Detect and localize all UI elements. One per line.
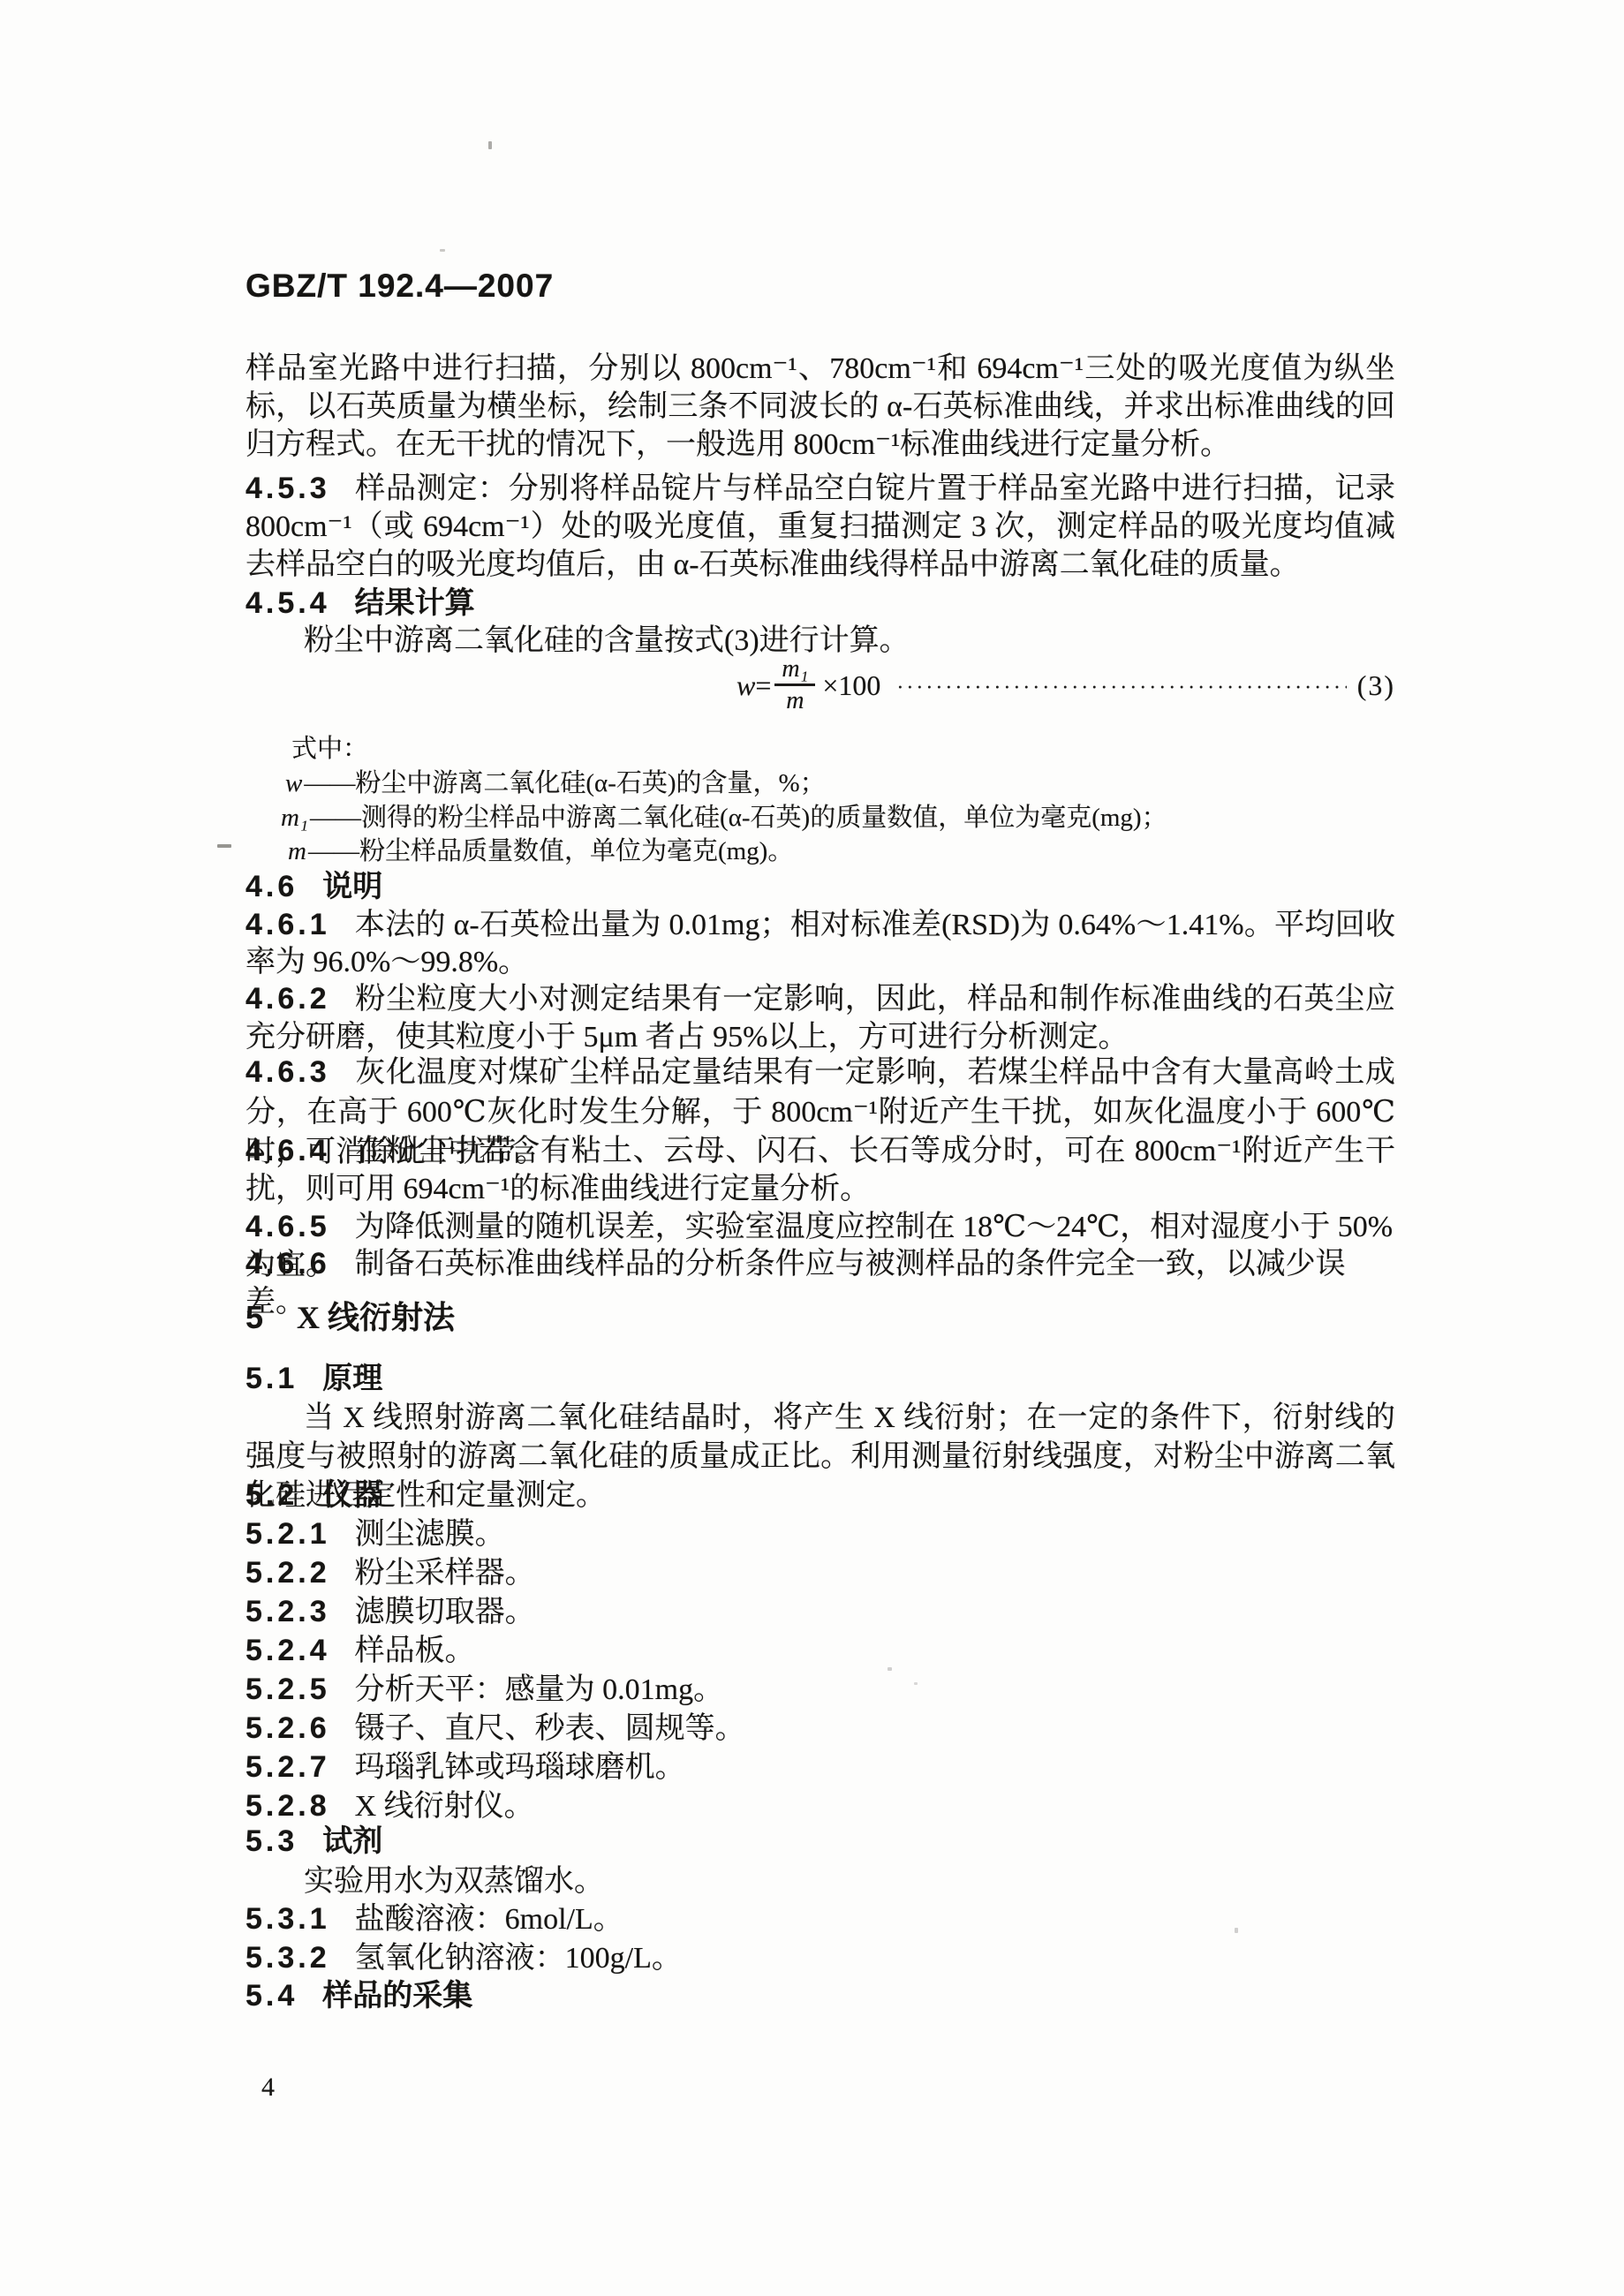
- heading-number: 5.4: [245, 1979, 298, 2013]
- formula-expression: w=m₁m×100: [736, 656, 880, 714]
- clause-text: 滤膜切取器。: [355, 1596, 535, 1628]
- scan-speck: [888, 1667, 892, 1671]
- where-var-m1: m₁: [281, 804, 308, 832]
- clause-5-2-3: 5.2.3滤膜切取器。: [245, 1593, 1395, 1631]
- clause-text: 氢氧化钠溶液：100g/L。: [355, 1942, 682, 1975]
- scan-speck: [217, 844, 231, 848]
- clause-text: 在粉尘中若含有粘土、云母、闪石、长石等成分时，可在 800cm⁻¹附近产生干扰，…: [245, 1135, 1395, 1205]
- where-def-m: m——粉尘样品质量数值，单位为毫克(mg)。: [288, 835, 793, 867]
- clause-text: 盐酸溶液：6mol/L。: [355, 1903, 623, 1936]
- clause-4-6-1: 4.6.1本法的 α-石英检出量为 0.01mg；相对标准差(RSD)为 0.6…: [245, 906, 1395, 981]
- heading-5-3: 5.3试剂: [245, 1823, 1395, 1861]
- clause-5-3-2: 5.3.2氢氧化钠溶液：100g/L。: [245, 1939, 1395, 1977]
- chapter-5-heading: 5X 线衍射法: [245, 1298, 1395, 1337]
- clause-text: 样品测定：分别将样品锭片与样品空白锭片置于样品室光路中进行扫描，记录 800cm…: [245, 472, 1395, 581]
- clause-number: 4.5.3: [245, 472, 330, 505]
- clause-text: 分析天平：感量为 0.01mg。: [355, 1673, 723, 1706]
- heading-title: 结果计算: [355, 587, 475, 620]
- heading-5-1: 5.1原理: [245, 1360, 1395, 1398]
- heading-number: 5.3: [245, 1824, 298, 1858]
- heading-number: 4.5.4: [245, 586, 330, 620]
- clause-number: 5.2.7: [245, 1750, 330, 1784]
- clause-5-2-2: 5.2.2粉尘采样器。: [245, 1554, 1395, 1592]
- clause-5-3-1: 5.3.1盐酸溶液：6mol/L。: [245, 1900, 1395, 1938]
- formula-3: w=m₁m×100 ······························…: [245, 649, 1395, 721]
- where-def-w: w——粉尘中游离二氧化硅(α-石英)的含量，%；: [285, 767, 826, 799]
- clause-number: 5.3.1: [245, 1902, 330, 1936]
- where-text-m: ——粉尘样品质量数值，单位为毫克(mg)。: [308, 837, 793, 865]
- heading-title: 说明: [322, 871, 382, 903]
- clause-number: 4.6.5: [245, 1210, 330, 1243]
- formula-dot-leader: ········································…: [896, 676, 1346, 700]
- where-label: 式中：: [291, 733, 368, 765]
- clause-text: 本法的 α-石英检出量为 0.01mg；相对标准差(RSD)为 0.64%～1.…: [245, 909, 1395, 978]
- clause-number: 4.6.4: [245, 1134, 330, 1167]
- heading-5-4: 5.4样品的采集: [245, 1977, 1395, 2015]
- page-number: 4: [261, 2073, 275, 2103]
- where-text-m1: ——测得的粉尘样品中游离二氧化硅(α-石英)的质量数值，单位为毫克(mg)；: [310, 804, 1167, 832]
- chapter-number: 5: [245, 1299, 267, 1335]
- clause-5-2-1: 5.2.1测尘滤膜。: [245, 1515, 1395, 1553]
- clause-5-2-7: 5.2.7玛瑙乳钵或玛瑙球磨机。: [245, 1748, 1395, 1786]
- heading-4-6: 4.6说明: [245, 868, 1395, 906]
- formula-times-100: ×100: [822, 669, 880, 702]
- formula-equals: =: [755, 669, 771, 702]
- scan-speck: [1235, 1928, 1238, 1933]
- clause-4-6-2: 4.6.2粉尘粒度大小对测定结果有一定影响，因此，样品和制作标准曲线的石英尘应充…: [245, 980, 1395, 1056]
- clause-text: X 线衍射仪。: [355, 1790, 534, 1823]
- heading-title: 样品的采集: [322, 1980, 472, 2013]
- heading-number: 5.1: [245, 1362, 298, 1395]
- clause-text: 玛瑙乳钵或玛瑙球磨机。: [355, 1751, 685, 1784]
- heading-number: 5.2: [245, 1478, 298, 1512]
- heading-number: 4.6: [245, 870, 298, 903]
- clause-text: 镊子、直尺、秒表、圆规等。: [355, 1712, 745, 1745]
- clause-5-2-8: 5.2.8X 线衍射仪。: [245, 1787, 1395, 1825]
- heading-4-5-4: 4.5.4结果计算: [245, 585, 1395, 623]
- formula-denominator: m: [786, 686, 804, 714]
- clause-number: 4.6.2: [245, 982, 330, 1016]
- clause-number: 5.2.8: [245, 1789, 330, 1823]
- clause-number: 4.6.6: [245, 1247, 330, 1280]
- formula-fraction: m₁m: [774, 656, 815, 714]
- formula-numerator: m₁: [774, 656, 815, 686]
- where-var-w: w: [285, 769, 302, 797]
- scan-speck: [488, 141, 492, 149]
- chapter-title: X 线衍射法: [297, 1300, 455, 1335]
- clause-number: 5.2.3: [245, 1595, 330, 1628]
- standard-number-header: GBZ/T 192.4—2007: [245, 268, 554, 305]
- paragraph-continued: 样品室光路中进行扫描，分别以 800cm⁻¹、780cm⁻¹和 694cm⁻¹三…: [245, 350, 1395, 464]
- heading-title: 仪器: [322, 1479, 382, 1512]
- clause-number: 5.2.1: [245, 1517, 330, 1551]
- clause-text: 测尘滤膜。: [355, 1518, 505, 1551]
- clause-text: 样品板。: [355, 1635, 475, 1667]
- scan-speck: [440, 249, 445, 252]
- clause-text: 粉尘采样器。: [355, 1557, 535, 1590]
- clause-5-2-4: 5.2.4样品板。: [245, 1632, 1395, 1670]
- where-def-m1: m₁——测得的粉尘样品中游离二氧化硅(α-石英)的质量数值，单位为毫克(mg)；: [281, 802, 1167, 834]
- clause-5-2-6: 5.2.6镊子、直尺、秒表、圆规等。: [245, 1710, 1395, 1748]
- paragraph-5-3: 实验用水为双蒸馏水。: [245, 1862, 1395, 1900]
- document-page: GBZ/T 192.4—2007 样品室光路中进行扫描，分别以 800cm⁻¹、…: [0, 0, 1624, 2296]
- formula-lhs: w: [736, 669, 755, 702]
- clause-number: 5.2.4: [245, 1634, 330, 1667]
- clause-4-5-3: 4.5.3样品测定：分别将样品锭片与样品空白锭片置于样品室光路中进行扫描，记录 …: [245, 470, 1395, 584]
- clause-number: 5.2.2: [245, 1556, 330, 1590]
- clause-number: 4.6.1: [245, 908, 330, 941]
- where-var-m: m: [288, 837, 306, 865]
- clause-4-6-4: 4.6.4在粉尘中若含有粘土、云母、闪石、长石等成分时，可在 800cm⁻¹附近…: [245, 1132, 1395, 1208]
- clause-number: 4.6.3: [245, 1055, 330, 1089]
- where-text-w: ——粉尘中游离二氧化硅(α-石英)的含量，%；: [304, 769, 825, 797]
- heading-title: 原理: [322, 1363, 382, 1395]
- clause-number: 5.3.2: [245, 1941, 330, 1975]
- clause-text: 粉尘粒度大小对测定结果有一定影响，因此，样品和制作标准曲线的石英尘应充分研磨，使…: [245, 983, 1395, 1054]
- heading-5-2: 5.2仪器: [245, 1477, 1395, 1514]
- clause-number: 5.2.6: [245, 1711, 330, 1745]
- scan-speck: [914, 1682, 918, 1685]
- clause-5-2-5: 5.2.5分析天平：感量为 0.01mg。: [245, 1671, 1395, 1709]
- heading-title: 试剂: [322, 1825, 382, 1858]
- clause-number: 5.2.5: [245, 1673, 330, 1706]
- formula-tag: (3): [1357, 669, 1395, 702]
